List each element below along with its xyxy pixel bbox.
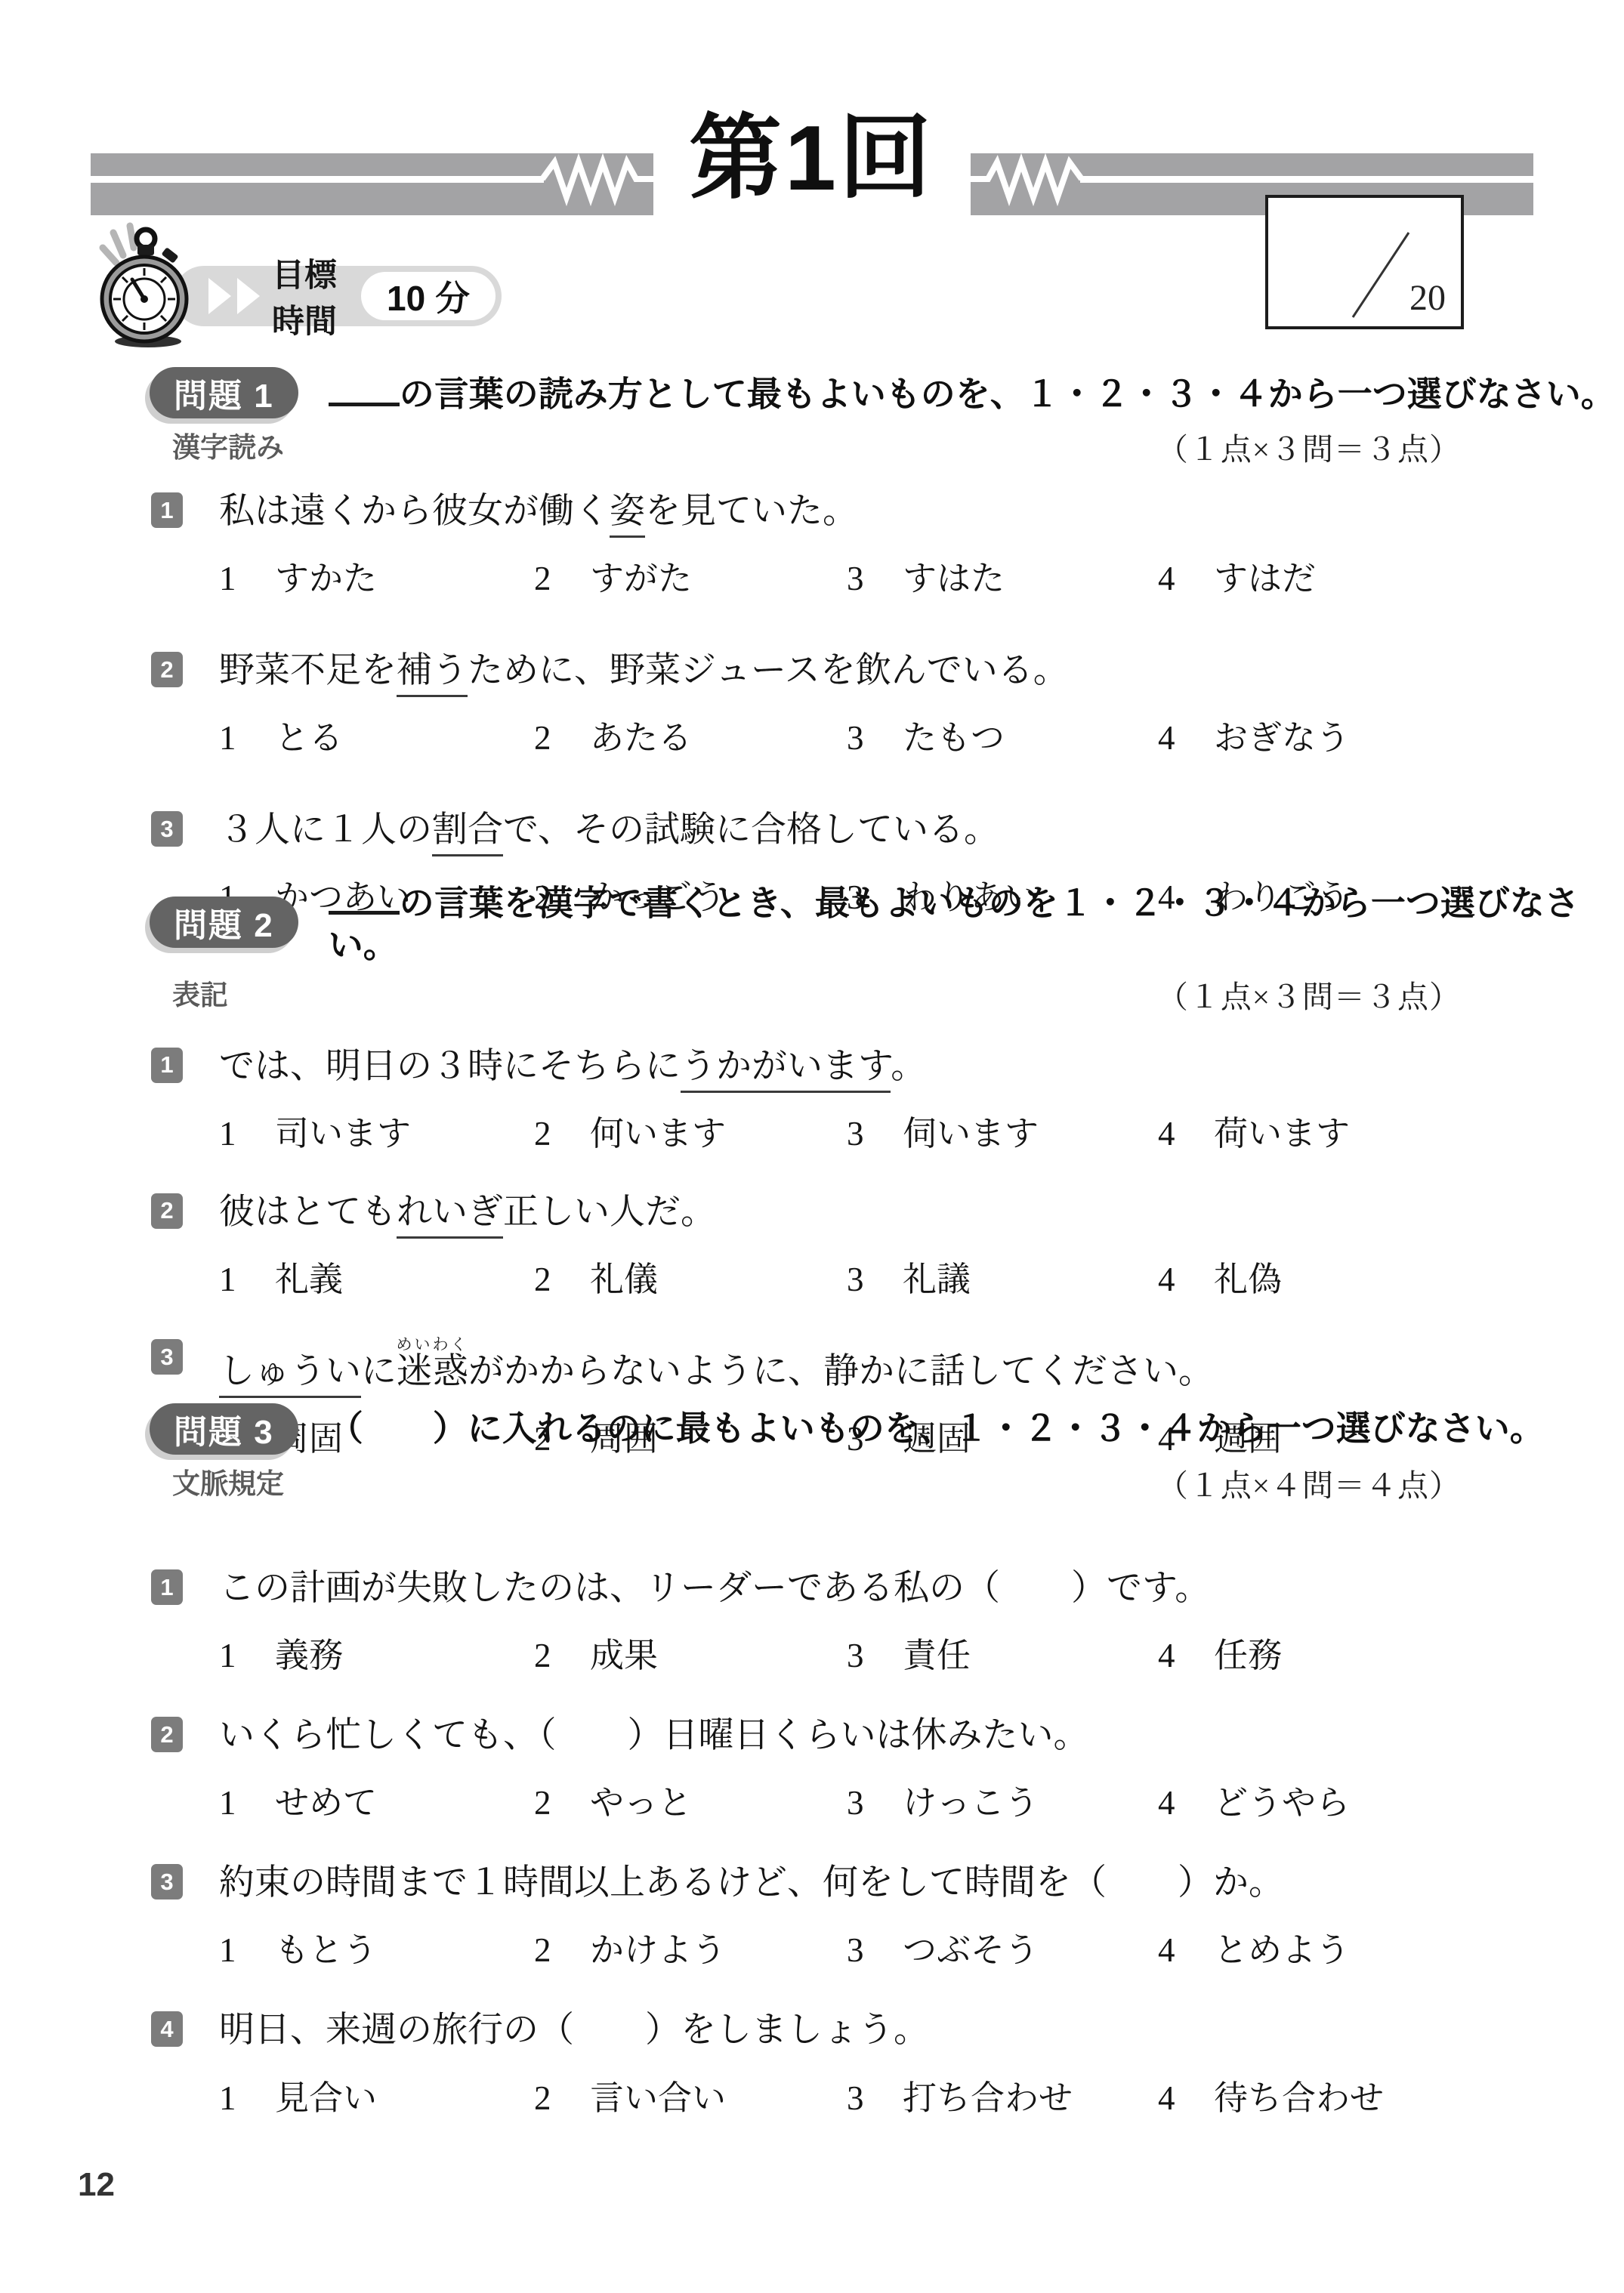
option-item: 1もとう — [219, 1922, 534, 1971]
option-item: 3たもつ — [847, 710, 1158, 759]
option-item: 4礼偽 — [1158, 1251, 1624, 1301]
question-sentence: この計画が失敗したのは、リーダーである私の（ ）です。 — [219, 1566, 1624, 1611]
chevron-right-icon — [208, 278, 231, 314]
option-item: 1すかた — [219, 551, 534, 600]
problem-badge: 問題 1 — [150, 367, 298, 418]
points-note: （１点×３問＝３点） — [1157, 972, 1461, 1017]
options-row: 1すかた 2すがた 3すはた 4すはだ — [219, 551, 1624, 600]
option-item: 2礼儀 — [534, 1251, 847, 1301]
options-row: 1見合い 2言い合い 3打ち合わせ 4待ち合わせ — [219, 2070, 1624, 2119]
stopwatch-icon — [95, 222, 195, 353]
question-number-badge: 3 — [151, 1864, 183, 1900]
section-header: 問題 1 の言葉の読み方として最もよいものを、１・２・３・４から一つ選びなさい。 — [150, 367, 1624, 418]
options-row: 1義務 2成果 3責任 4任務 — [219, 1628, 1624, 1677]
question-sentence: ３人に１人の割合で、その試験に合格している。 — [219, 807, 1624, 853]
options-row: 1とる 2あたる 3たもつ 4おぎなう — [219, 710, 1624, 759]
underlined-word: 姿 — [610, 492, 645, 538]
question-row: 2 彼はとてもれいぎ正しい人だ。 1礼義 2礼儀 3礼議 4礼偽 — [150, 1190, 1624, 1301]
option-item: 4任務 — [1158, 1628, 1624, 1677]
question-sentence: 明日、来週の旅行の（ ）をしましょう。 — [219, 2008, 1624, 2053]
question-sentence: 私は遠くから彼女が働く姿を見ていた。 — [219, 489, 1624, 534]
points-note: （１点×３問＝３点） — [1157, 424, 1461, 469]
category-label: 文脈規定 — [172, 1461, 284, 1501]
option-item: 1義務 — [219, 1628, 534, 1677]
options-row: 1せめて 2やっと 3けっこう 4どうやら — [219, 1775, 1624, 1824]
question-sentence: 彼はとてもれいぎ正しい人だ。 — [219, 1190, 1624, 1235]
question-row: 1 私は遠くから彼女が働く姿を見ていた。 1すかた 2すがた 3すはた 4すはだ — [150, 489, 1624, 600]
option-item: 2すがた — [534, 551, 847, 600]
option-item: 2成果 — [534, 1628, 847, 1677]
section-mondai-3: 問題 3 （ ）に入れるのに最もよいものを、１・２・３・４から一つ選びなさい。 … — [0, 1403, 1624, 2119]
underlined-word: 補う — [397, 651, 468, 697]
question-number-badge: 2 — [151, 1193, 183, 1229]
problem-badge: 問題 2 — [150, 897, 298, 948]
option-item: 4どうやら — [1158, 1775, 1624, 1824]
question-sentence: では、明日の３時にそちらにうかがいます。 — [219, 1044, 1624, 1089]
problem-badge: 問題 3 — [150, 1403, 298, 1455]
underlined-word: れいぎ — [397, 1193, 503, 1239]
option-item: 4待ち合わせ — [1158, 2070, 1624, 2119]
question-number-badge: 1 — [151, 1569, 183, 1605]
question-row: 2 野菜不足を補うために、野菜ジュースを飲んでいる。 1とる 2あたる 3たもつ… — [150, 648, 1624, 759]
option-item: 3礼議 — [847, 1251, 1158, 1301]
category-label: 表記 — [172, 972, 228, 1013]
section-mondai-1: 問題 1 の言葉の読み方として最もよいものを、１・２・３・４から一つ選びなさい。… — [0, 367, 1624, 918]
question-row: 3 約束の時間まで１時間以上あるけど、何をして時間を（ ）か。 1もとう 2かけ… — [150, 1860, 1624, 1971]
option-item: 3打ち合わせ — [847, 2070, 1158, 2119]
section-header: 問題 2 の言葉を漢字で書くとき、最もよいものを１・２・３・４から一つ選びなさい… — [150, 879, 1624, 966]
underlined-word: うかがいます — [681, 1047, 891, 1093]
question-number-badge: 1 — [151, 492, 183, 528]
option-item: 3責任 — [847, 1628, 1158, 1677]
option-item: 1礼義 — [219, 1251, 534, 1301]
underlined-word: 割合 — [432, 810, 503, 856]
target-time-value: 10 分 — [361, 272, 496, 320]
underlined-word: しゅうい — [219, 1352, 361, 1398]
question-number-badge: 4 — [151, 2011, 183, 2047]
option-item: 1せめて — [219, 1775, 534, 1824]
chevron-right-icon — [237, 278, 260, 314]
option-item: 3けっこう — [847, 1775, 1158, 1824]
blank-underline — [329, 879, 400, 915]
question-number-badge: 3 — [151, 1339, 183, 1375]
option-item: 4荷います — [1158, 1106, 1624, 1155]
question-sentence: 野菜不足を補うために、野菜ジュースを飲んでいる。 — [219, 648, 1624, 693]
target-time-label: 目標時間 — [272, 250, 361, 342]
page-title: 第1回 — [0, 112, 1624, 204]
target-time-banner: 目標時間 10 分 — [174, 266, 502, 326]
option-item: 2かけよう — [534, 1922, 847, 1971]
instruction-text: （ ）に入れるのに最もよいものを、１・２・３・４から一つ選びなさい。 — [329, 1408, 1545, 1449]
option-item: 4すはだ — [1158, 551, 1624, 600]
question-row: 4 明日、来週の旅行の（ ）をしましょう。 1見合い 2言い合い 3打ち合わせ … — [150, 2008, 1624, 2119]
option-item: 1見合い — [219, 2070, 534, 2119]
option-item: 2何います — [534, 1106, 847, 1155]
question-number-badge: 1 — [151, 1048, 183, 1083]
question-number-badge: 2 — [151, 1717, 183, 1752]
page-number: 12 — [78, 2166, 115, 2204]
option-item: 4おぎなう — [1158, 710, 1624, 759]
option-item: 3つぶそう — [847, 1922, 1158, 1971]
options-row: 1礼義 2礼儀 3礼議 4礼偽 — [219, 1251, 1624, 1301]
score-total: 20 — [1409, 277, 1446, 319]
workbook-page: 第1回 20 — [0, 0, 1624, 2293]
question-sentence: いくら忙しくても、（ ）日曜日くらいは休みたい。 — [219, 1713, 1624, 1758]
question-row: 1 この計画が失敗したのは、リーダーである私の（ ）です。 1義務 2成果 3責… — [150, 1566, 1624, 1677]
option-item: 1とる — [219, 710, 534, 759]
question-sentence: しゅういに迷惑めいわくがかからないように、静かに話してください。 — [219, 1335, 1624, 1394]
question-row: 1 では、明日の３時にそちらにうかがいます。 1司います 2何います 3伺います… — [150, 1044, 1624, 1155]
blank-underline — [329, 370, 400, 406]
option-item: 2あたる — [534, 710, 847, 759]
instruction-text: の言葉の読み方として最もよいものを、１・２・３・４から一つ選びなさい。 — [329, 370, 1616, 415]
category-label: 漢字読み — [172, 424, 284, 465]
option-item: 4とめよう — [1158, 1922, 1624, 1971]
option-item: 3すはた — [847, 551, 1158, 600]
question-row: 2 いくら忙しくても、（ ）日曜日くらいは休みたい。 1せめて 2やっと 3けっ… — [150, 1713, 1624, 1824]
points-note: （１点×４問＝４点） — [1157, 1461, 1461, 1505]
score-box: 20 — [1265, 195, 1464, 329]
option-item: 3伺います — [847, 1106, 1158, 1155]
question-number-badge: 3 — [151, 811, 183, 847]
section-header: 問題 3 （ ）に入れるのに最もよいものを、１・２・３・４から一つ選びなさい。 — [150, 1403, 1624, 1455]
question-sentence: 約束の時間まで１時間以上あるけど、何をして時間を（ ）か。 — [219, 1860, 1624, 1906]
option-item: 1司います — [219, 1106, 534, 1155]
option-item: 2言い合い — [534, 2070, 847, 2119]
options-row: 1もとう 2かけよう 3つぶそう 4とめよう — [219, 1922, 1624, 1971]
question-number-badge: 2 — [151, 652, 183, 687]
options-row: 1司います 2何います 3伺います 4荷います — [219, 1106, 1624, 1155]
instruction-text: の言葉を漢字で書くとき、最もよいものを１・２・３・４から一つ選びなさい。 — [329, 879, 1624, 966]
section-mondai-2: 問題 2 の言葉を漢字で書くとき、最もよいものを１・２・３・４から一つ選びなさい… — [0, 879, 1624, 1460]
furigana-word: 迷惑めいわく — [397, 1352, 468, 1391]
option-item: 2やっと — [534, 1775, 847, 1824]
